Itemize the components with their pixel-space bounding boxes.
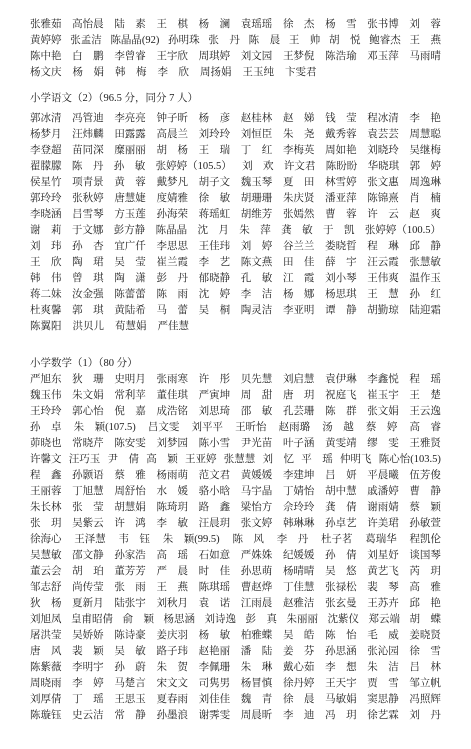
person-name: 冯 玥 bbox=[325, 708, 357, 724]
person-name: 韩 伟 bbox=[30, 271, 62, 287]
person-name: 陈 群 bbox=[325, 404, 357, 420]
person-name: 薛 宇 bbox=[325, 255, 357, 271]
section-primary-math: 小学数学（1）（80 分） 严旭东狄 珊史明月张雨寒许 彤贝先慧刘启慧袁伊琳李鑫… bbox=[30, 356, 441, 724]
person-name: 荀慧娟 bbox=[115, 319, 147, 335]
person-name: 刘 蓉 bbox=[409, 17, 441, 33]
person-name: 夏 田 bbox=[283, 175, 315, 191]
name-line: 朱长林张 莹胡慧娟陈琦玥路 鑫梁怡方佘玲玲龚 倩谢雨婧蔡 颖 bbox=[30, 500, 441, 516]
person-name: 高晨兰 bbox=[156, 127, 188, 143]
person-name: 杨梦月 bbox=[30, 127, 62, 143]
name-line: 李登超苗同深糜丽丽胡 杨王 瑞丁 红李梅英周如艳刘晓玲吴继梅 bbox=[30, 143, 441, 159]
person-name: 范文君 bbox=[199, 468, 231, 484]
person-name: 周慧聪 bbox=[409, 127, 441, 143]
person-name: 柏雅蝶 bbox=[241, 628, 273, 644]
person-name: 王玉纯 bbox=[243, 65, 275, 81]
person-name: 孙 卓 bbox=[30, 420, 62, 436]
person-name: 谈国琴 bbox=[409, 548, 441, 564]
person-name: 刘 丹 bbox=[409, 708, 441, 724]
person-name: 吴紫云 bbox=[72, 516, 104, 532]
person-name: 尹 倩 bbox=[108, 452, 140, 468]
person-name: 张慧敏 bbox=[409, 255, 441, 271]
person-name: 沈 月 bbox=[197, 223, 229, 239]
name-line: 谢 莉于文娜彭方静陈晶晶沈 月朱 萍龚 敏于 凯张婷婷（100.5） bbox=[30, 223, 441, 239]
person-name: 王苏卉 bbox=[367, 596, 399, 612]
person-name: 吕雪琴 bbox=[72, 207, 104, 223]
person-name: 狄 珊 bbox=[72, 372, 104, 388]
person-name: 胡中慧 bbox=[325, 484, 357, 500]
person-name: 胡子文 bbox=[199, 175, 231, 191]
person-name: 黄媛媛 bbox=[241, 468, 273, 484]
person-name: 严 晨 bbox=[156, 564, 188, 580]
person-name: 杨文庆 bbox=[30, 65, 62, 81]
person-name: 刘梦园 bbox=[156, 436, 188, 452]
person-name: 王云逸 bbox=[409, 404, 441, 420]
section-title-primary-math: 小学数学（1）（80 分） bbox=[30, 356, 441, 372]
document-page: 张雅茹高怡晨陆 素王 棋杨 澜袁瑶瑶徐 杰杨 雪张书博刘 蓉黄婷婷张孟洁陈晶晶(… bbox=[30, 17, 441, 739]
person-name: 严佳慧 bbox=[158, 319, 190, 335]
person-name: 缪 雯 bbox=[367, 436, 399, 452]
person-name: 张禄松 bbox=[325, 580, 357, 596]
person-name: 张文娟 bbox=[367, 404, 399, 420]
person-name: 鲍睿杰 bbox=[369, 33, 401, 49]
person-name: 杨 雪 bbox=[325, 17, 357, 33]
name-line: 唐 风裴 颖吴 敏路子玮赵艳丽潘 陆姜 芬孙思涵张沁园徐 雪 bbox=[30, 644, 441, 660]
person-name: 刘 玮 bbox=[30, 239, 62, 255]
person-name: 陈蕾蕾 bbox=[114, 287, 146, 303]
person-name: 姜晓贤 bbox=[409, 628, 441, 644]
person-name: 王 欣 bbox=[30, 255, 62, 271]
person-name: 窦思静 bbox=[367, 692, 399, 708]
person-name: 徐丹婷 bbox=[283, 676, 315, 692]
person-name: 田露露 bbox=[114, 127, 146, 143]
person-name: 宋文文 bbox=[156, 676, 188, 692]
person-name: 常利苹 bbox=[114, 388, 146, 404]
name-line: 王丽蓉丁旭慧周舒怡水 媛骆小晗马宇晶丁婧怡胡中慧戚潘婷曹 静 bbox=[30, 484, 441, 500]
person-name: 叶子涵 bbox=[283, 436, 315, 452]
person-name: 彭 丹 bbox=[156, 271, 188, 287]
name-line: 郭冰清冯管迪李亮亮钟子昕杨 彦赵桂林赵 娣钱 莹程冰清李 艳 bbox=[30, 111, 441, 127]
person-name: 陈锦熹 bbox=[367, 191, 399, 207]
name-line: 魏玉伟朱文娟常利苹董佳琪严寅坤周 甜唐 玥祝庭飞崔玉宇王 楚 bbox=[30, 388, 441, 404]
person-name: 蔡 婷 bbox=[366, 420, 398, 436]
name-line: 蒋二妹汝金强陈蕾蕾陈 雨沈 婷李 洁杨 娜杨思琪王 慧孙 红 bbox=[30, 287, 441, 303]
person-name: 毛 威 bbox=[367, 628, 399, 644]
person-name: 周如艳 bbox=[325, 143, 357, 159]
person-name: 汪云霞 bbox=[367, 255, 399, 271]
person-name: 李 婷 bbox=[72, 676, 104, 692]
person-name: 陆迎霜 bbox=[409, 303, 441, 319]
person-name: 邹立帆 bbox=[409, 676, 441, 692]
person-name: 孙 敏 bbox=[114, 159, 146, 175]
person-name: 石如意 bbox=[199, 548, 231, 564]
person-name: 姜庆羽 bbox=[156, 628, 188, 644]
person-name: 李 丹 bbox=[277, 532, 309, 548]
person-name: 张秋婷 bbox=[72, 191, 104, 207]
person-name: 于 凯 bbox=[323, 223, 355, 239]
person-name: 洪贝儿 bbox=[73, 319, 105, 335]
person-name: 陶灵洁 bbox=[241, 303, 273, 319]
person-name: 常晓芹 bbox=[72, 436, 104, 452]
person-name: 佘玲玲 bbox=[283, 500, 315, 516]
person-name: 崔玉宇 bbox=[367, 388, 399, 404]
person-name: 翟朦朦 bbox=[30, 159, 62, 175]
person-name: 史云洁 bbox=[72, 708, 104, 724]
person-name: 郭 琪 bbox=[72, 303, 104, 319]
person-name: 陈琪瑶 bbox=[199, 580, 231, 596]
person-name: 陈紫薇 bbox=[30, 660, 62, 676]
person-name: 刘 婷 bbox=[241, 239, 273, 255]
person-name: 高 睿 bbox=[410, 420, 442, 436]
name-line: 屠洪莹吴娇娇陈诗豪姜庆羽杨 敏柏雅蝶吴 皓陈 怡毛 威姜晓贤 bbox=[30, 628, 441, 644]
person-name: 陈文燕 bbox=[241, 255, 273, 271]
person-name: 吴 敏 bbox=[114, 644, 146, 660]
person-name: 张 雨 bbox=[114, 580, 146, 596]
person-name: 周舒怡 bbox=[114, 484, 146, 500]
person-name: 刘文园 bbox=[241, 49, 273, 65]
person-name: 王亚婷 bbox=[185, 452, 217, 468]
person-name: 黄艺飞 bbox=[367, 564, 399, 580]
person-name: 丁旭慧 bbox=[72, 484, 104, 500]
person-name: 陈 雨 bbox=[156, 287, 188, 303]
person-name: 尹光苗 bbox=[241, 436, 273, 452]
person-name: 白 鹏 bbox=[72, 49, 104, 65]
person-name: 皇甫昭倩 bbox=[71, 612, 113, 628]
person-name: 李 艺 bbox=[199, 255, 231, 271]
person-name: 纪媛媛 bbox=[283, 548, 315, 564]
person-name: 郭玲玲 bbox=[30, 191, 62, 207]
person-name: 唐 玥 bbox=[283, 388, 315, 404]
person-name: 赵雅洁 bbox=[283, 596, 315, 612]
person-name: 卞雯君 bbox=[285, 65, 317, 81]
person-name: 夏春雨 bbox=[156, 692, 188, 708]
person-name: 娄晓晢 bbox=[325, 239, 357, 255]
person-name: 严姝姝 bbox=[241, 548, 273, 564]
person-name: 朱 颖(99.5) bbox=[163, 532, 220, 548]
person-name: 黄雯靖 bbox=[325, 436, 357, 452]
person-name: 孙墨浪 bbox=[156, 708, 188, 724]
person-name: 王 燕 bbox=[409, 33, 441, 49]
person-name: 周逸琳 bbox=[409, 175, 441, 191]
person-name: 陈安雯 bbox=[114, 436, 146, 452]
person-name: 陈璇钰 bbox=[30, 708, 62, 724]
person-name: 路 鑫 bbox=[199, 500, 231, 516]
person-name: 冯管迪 bbox=[72, 111, 104, 127]
person-name: 吴 桐 bbox=[199, 303, 231, 319]
person-name: 王 帅 bbox=[289, 33, 321, 49]
person-name: 汪晨玥 bbox=[199, 516, 231, 532]
person-name: 崔兰霞 bbox=[156, 255, 188, 271]
person-name: 丁婧怡 bbox=[283, 484, 315, 500]
person-name: 杨 娜 bbox=[283, 287, 315, 303]
person-name: 张嫣然 bbox=[283, 207, 315, 223]
person-name: 蒋瑶虹 bbox=[199, 207, 231, 223]
person-name: 苗同深 bbox=[72, 143, 104, 159]
person-name: 韦 钰 bbox=[119, 532, 151, 548]
person-name: 王 棋 bbox=[156, 17, 188, 33]
person-name: 周 甜 bbox=[241, 388, 273, 404]
person-name: 时 佳 bbox=[199, 564, 231, 580]
person-name: 张 丹 bbox=[208, 33, 240, 49]
person-name: 孙 蔚 bbox=[114, 660, 146, 676]
person-name: 许 云 bbox=[367, 207, 399, 223]
person-name: 陆张宇 bbox=[114, 596, 146, 612]
person-name: 李建坤 bbox=[283, 468, 315, 484]
name-lines-primary-math: 严旭东狄 珊史明月张雨寒许 彤贝先慧刘启慧袁伊琳李鑫悦程 瑶魏玉伟朱文娟常利苹董… bbox=[30, 372, 441, 724]
person-name: 吕 林 bbox=[409, 660, 441, 676]
name-line: 周晓雨李 婷马楚言宋文文司隽男杨冒慎徐丹婷王天宇贾 雪邹立帆 bbox=[30, 676, 441, 692]
name-line: 杨文庆杨 娟韩 梅李 欣周扬娟王玉纯卞雯君 bbox=[30, 65, 441, 81]
person-name: 胡 悦 bbox=[329, 33, 361, 49]
person-name: 侯星竹 bbox=[30, 175, 62, 191]
person-name: 孙明珠 bbox=[168, 33, 200, 49]
section-primary-chinese: 小学语文（2）（96.5 分，同分 7 人） 郭冰清冯管迪李亮亮钟子昕杨 彦赵桂… bbox=[30, 91, 441, 335]
person-name: 杨冒慎 bbox=[241, 676, 273, 692]
person-name: 李曾睿 bbox=[114, 49, 146, 65]
person-name: 董芳芳 bbox=[114, 564, 146, 580]
person-name: 吴娇娇 bbox=[72, 628, 104, 644]
person-name: 朱 琳 bbox=[241, 660, 273, 676]
person-name: 汝金强 bbox=[72, 287, 104, 303]
person-name: 孙 倩 bbox=[325, 548, 357, 564]
person-name: 魏玉琴 bbox=[241, 175, 273, 191]
person-name: 王思玉 bbox=[114, 692, 146, 708]
person-name: 赵艳丽 bbox=[199, 644, 231, 660]
person-name: 于文娜 bbox=[72, 223, 104, 239]
person-name: 刘恒臣 bbox=[241, 127, 273, 143]
person-name: 张 玥 bbox=[30, 516, 62, 532]
person-name: 张玄曼 bbox=[325, 596, 357, 612]
person-name: 汪炜麟 bbox=[72, 127, 104, 143]
name-line: 许馨文汪巧玉尹 倩高 颖王亚婷张慧慧刘 忆平 瑶仲明飞陈心怡(103.5) bbox=[30, 452, 441, 468]
person-name: 杨雨萌 bbox=[156, 468, 188, 484]
person-name: 伍芳俊 bbox=[409, 468, 441, 484]
person-name: 张婷婷（100.5） bbox=[365, 223, 441, 239]
name-line: 陈中艳白 鹏李曾睿王宇欣周琪婷刘文园王梦倪陈浩瑜邓玉萍马雨晴 bbox=[30, 49, 441, 65]
person-name: 郑云端 bbox=[369, 612, 401, 628]
person-name: 项青景 bbox=[72, 175, 104, 191]
person-name: 钟子昕 bbox=[156, 111, 188, 127]
person-name: 刘玲玲 bbox=[199, 127, 231, 143]
person-name: 魏玉伟 bbox=[30, 388, 62, 404]
name-line: 郭玲玲张秋婷唐慧婕度婧雅徐 敏胡珊珊朱庆贤潘亚萍陈锦熹肖 楠 bbox=[30, 191, 441, 207]
person-name: 袁芸芸 bbox=[367, 127, 399, 143]
person-name: 刘 欢 bbox=[242, 159, 274, 175]
person-name: 刘旭凤 bbox=[30, 612, 62, 628]
name-line: 严旭东狄 珊史明月张雨寒许 彤贝先慧刘启慧袁伊琳李鑫悦程 瑶 bbox=[30, 372, 441, 388]
person-name: 马 蕾 bbox=[156, 303, 188, 319]
person-name: 杨 敏 bbox=[199, 628, 231, 644]
person-name: 李 洁 bbox=[241, 287, 273, 303]
person-name: 丁佳慧 bbox=[283, 580, 315, 596]
person-name: 刘佳佳 bbox=[199, 692, 231, 708]
person-name: 谢雨婧 bbox=[367, 500, 399, 516]
person-name: 高 雅 bbox=[409, 580, 441, 596]
person-name: 裴 琴 bbox=[367, 580, 399, 596]
person-name: 陈晶晶(92) bbox=[110, 33, 159, 49]
person-name: 狄 杨 bbox=[30, 596, 62, 612]
person-name: 陈诗豪 bbox=[114, 628, 146, 644]
person-name: 杨 澜 bbox=[199, 17, 231, 33]
person-name: 赵雨璐 bbox=[279, 420, 311, 436]
person-name: 陈浩瑜 bbox=[325, 49, 357, 65]
person-name: 陈 怡 bbox=[325, 628, 357, 644]
person-name: 胡珊珊 bbox=[241, 191, 273, 207]
person-name: 龚 敏 bbox=[281, 223, 313, 239]
person-name: 张慧慧 bbox=[224, 452, 256, 468]
person-name: 王 楚 bbox=[409, 388, 441, 404]
person-name: 许美珺 bbox=[367, 516, 399, 532]
person-name: 史明月 bbox=[114, 372, 146, 388]
person-name: 董佳琪 bbox=[156, 388, 188, 404]
person-name: 王天宇 bbox=[325, 676, 357, 692]
person-name: 钱 莹 bbox=[325, 111, 357, 127]
person-name: 戴秀蓉 bbox=[325, 127, 357, 143]
person-name: 刘 忆 bbox=[263, 452, 295, 468]
person-name: 曹 蓉 bbox=[325, 207, 357, 223]
person-name: 宜广仟 bbox=[114, 239, 146, 255]
person-name: 朱长林 bbox=[30, 500, 62, 516]
person-name: 谢 莉 bbox=[30, 223, 62, 239]
person-name: 徐艺霖 bbox=[367, 708, 399, 724]
person-name: 王 燕 bbox=[156, 580, 188, 596]
person-name: 许文君 bbox=[284, 159, 316, 175]
person-name: 唐慧婕 bbox=[114, 191, 146, 207]
person-name: 马雨晴 bbox=[409, 49, 441, 65]
person-name: 马宇晶 bbox=[241, 484, 273, 500]
person-name: 徐 雪 bbox=[409, 644, 441, 660]
person-name: 杨 娟 bbox=[73, 65, 105, 81]
person-name: 刘星妤 bbox=[367, 548, 399, 564]
name-line: 吴慧敏邵文静孙家浩高 瑶石如意严姝姝纪媛媛孙 倩刘星妤谈国琴 bbox=[30, 548, 441, 564]
name-lines-continuation: 张雅茹高怡晨陆 素王 棋杨 澜袁瑶瑶徐 杰杨 雪张书博刘 蓉黄婷婷张孟洁陈晶晶(… bbox=[30, 17, 441, 81]
person-name: 李晓涵 bbox=[30, 207, 62, 223]
person-name: 程 琳 bbox=[367, 239, 399, 255]
person-name: 李佩珊 bbox=[199, 660, 231, 676]
person-name: 常 静 bbox=[114, 708, 146, 724]
section-title-primary-chinese: 小学语文（2）（96.5 分，同分 7 人） bbox=[30, 91, 441, 107]
person-name: 刘厚倩 bbox=[30, 692, 62, 708]
person-name: 陈心怡(103.5) bbox=[379, 452, 441, 468]
person-name: 周晨昕 bbox=[241, 708, 273, 724]
person-name: 孙思萌 bbox=[241, 564, 273, 580]
person-name: 平 瑶 bbox=[301, 452, 333, 468]
name-line: 杜爽馨郭 琪黄陆希马 蕾吴 桐陶灵洁李亚明谭 静胡勤琼陆迎霜 bbox=[30, 303, 441, 319]
person-name: 张文婷 bbox=[241, 516, 273, 532]
person-name: 王雅贤 bbox=[409, 436, 441, 452]
person-name: 张雨寒 bbox=[156, 372, 188, 388]
person-name: 葛瑞华 bbox=[365, 532, 397, 548]
person-name: 黄陆希 bbox=[114, 303, 146, 319]
person-name: 芮 玥 bbox=[409, 564, 441, 580]
person-name: 丁 瑶 bbox=[72, 692, 104, 708]
name-line: 狄 杨夏新月陆张宇刘秋月袁 诺江雨晨赵雅洁张玄曼王苏卉邱 艳 bbox=[30, 596, 441, 612]
person-name: 李梅英 bbox=[283, 143, 315, 159]
person-name: 朱丽丽 bbox=[287, 612, 319, 628]
person-name: 唐 风 bbox=[30, 644, 62, 660]
name-line: 侯星竹项青景黄 蓉戴梦凡胡子文魏玉琴夏 田林雪婷张文惠周逸琳 bbox=[30, 175, 441, 191]
person-name: 张雅茹 bbox=[30, 17, 62, 33]
name-line: 刘旭凤皇甫昭倩俞 颖杨思涵刘诗逸彭 真朱丽丽沈紫仪郑云端胡 蝶 bbox=[30, 612, 441, 628]
person-name: 彭方静 bbox=[114, 223, 146, 239]
person-name: 郁晓静 bbox=[199, 271, 231, 287]
person-name: 王梦倪 bbox=[283, 49, 315, 65]
name-line: 程 鑫孙颢语蔡 雅杨雨萌范文君黄媛媛李建坤吕 妍平晨曦伍芳俊 bbox=[30, 468, 441, 484]
person-name: 温作玉 bbox=[409, 271, 441, 287]
person-name: 林雪婷 bbox=[325, 175, 357, 191]
name-list-block-continuation: 张雅茹高怡晨陆 素王 棋杨 澜袁瑶瑶徐 杰杨 雪张书博刘 蓉黄婷婷张孟洁陈晶晶(… bbox=[30, 17, 441, 81]
person-name: 朱文娟 bbox=[72, 388, 104, 404]
person-name: 吴 悠 bbox=[325, 564, 357, 580]
person-name: 赵 娣 bbox=[283, 111, 315, 127]
person-name: 邓玉萍 bbox=[367, 49, 399, 65]
person-name: 杨思琪 bbox=[325, 287, 357, 303]
person-name: 谷兰兰 bbox=[283, 239, 315, 255]
person-name: 朱 颖(107.5) bbox=[74, 420, 136, 436]
person-name: 王玲玲 bbox=[30, 404, 62, 420]
person-name: 王 瑞 bbox=[199, 143, 231, 159]
person-name: 高怡晨 bbox=[72, 17, 104, 33]
person-name: 李登超 bbox=[30, 143, 62, 159]
name-line: 茆晓也常晓芹陈安雯刘梦园陈小雪尹光苗叶子涵黄雯靖缪 雯王雅贤 bbox=[30, 436, 441, 452]
person-name: 胡 杨 bbox=[156, 143, 188, 159]
person-name: 高 颖 bbox=[146, 452, 178, 468]
person-name: 肖 楠 bbox=[409, 191, 441, 207]
person-name: 孙海荣 bbox=[156, 207, 188, 223]
person-name: 周琪婷 bbox=[199, 49, 231, 65]
person-name: 杨 彦 bbox=[199, 111, 231, 127]
person-name: 黄婷婷 bbox=[30, 33, 62, 49]
person-name: 吴 皓 bbox=[283, 628, 315, 644]
person-name: 马楚言 bbox=[114, 676, 146, 692]
person-name: 程 鑫 bbox=[30, 468, 62, 484]
name-line: 翟朦朦陈 丹孙 敏张婷婷（105.5）刘 欢许文君陈盼盼华晓琪郭 婷 bbox=[30, 159, 441, 175]
person-name: 仲明飞 bbox=[340, 452, 372, 468]
person-name: 陈翼阳 bbox=[30, 319, 62, 335]
person-name: 度婧雅 bbox=[156, 191, 188, 207]
person-name: 朱庆贤 bbox=[283, 191, 315, 207]
person-name: 龚 倩 bbox=[325, 500, 357, 516]
person-name: 谭 静 bbox=[325, 303, 357, 319]
person-name: 刘秋月 bbox=[156, 596, 188, 612]
person-name: 戚潘婷 bbox=[367, 484, 399, 500]
person-name: 杜子茗 bbox=[321, 532, 353, 548]
person-name: 王泽慧 bbox=[74, 532, 106, 548]
person-name: 魏 青 bbox=[241, 692, 273, 708]
person-name: 黄 蓉 bbox=[114, 175, 146, 191]
person-name: 李明宇 bbox=[72, 660, 104, 676]
person-name: 孙 红 bbox=[409, 287, 441, 303]
name-line: 陈璇钰史云洁常 静孙墨浪谢霁雯周晨昕李 迪冯 玥徐艺霖刘 丹 bbox=[30, 708, 441, 724]
person-name: 孙卓艺 bbox=[325, 516, 357, 532]
person-name: 孙颢语 bbox=[72, 468, 104, 484]
person-name: 许馨文 bbox=[30, 452, 62, 468]
person-name: 戴心茹 bbox=[283, 660, 315, 676]
name-line: 杨梦月汪炜麟田露露高晨兰刘玲玲刘恒臣朱 尧戴秀蓉袁芸芸周慧聪 bbox=[30, 127, 441, 143]
person-name: 彭 真 bbox=[246, 612, 278, 628]
name-line: 孙 卓朱 颖(107.5)吕文雯刘平平王昕怡赵雨璐汤 越蔡 婷高 睿 bbox=[30, 420, 441, 436]
person-name: 陈盼盼 bbox=[326, 159, 358, 175]
person-name: 刘平平 bbox=[191, 420, 223, 436]
person-name: 骆小晗 bbox=[199, 484, 231, 500]
person-name: 赵 爽 bbox=[409, 207, 441, 223]
person-name: 李 想 bbox=[325, 660, 357, 676]
person-name: 蒋二妹 bbox=[30, 287, 62, 303]
person-name: 汤 越 bbox=[322, 420, 354, 436]
person-name: 袁瑶瑶 bbox=[241, 17, 273, 33]
person-name: 江 霞 bbox=[283, 271, 315, 287]
person-name: 胡 蝶 bbox=[410, 612, 442, 628]
name-line: 韩 伟曾 琪陶 潇彭 丹郁晓静孔 敏江 霞刘小琴王伟爽温作玉 bbox=[30, 271, 441, 287]
